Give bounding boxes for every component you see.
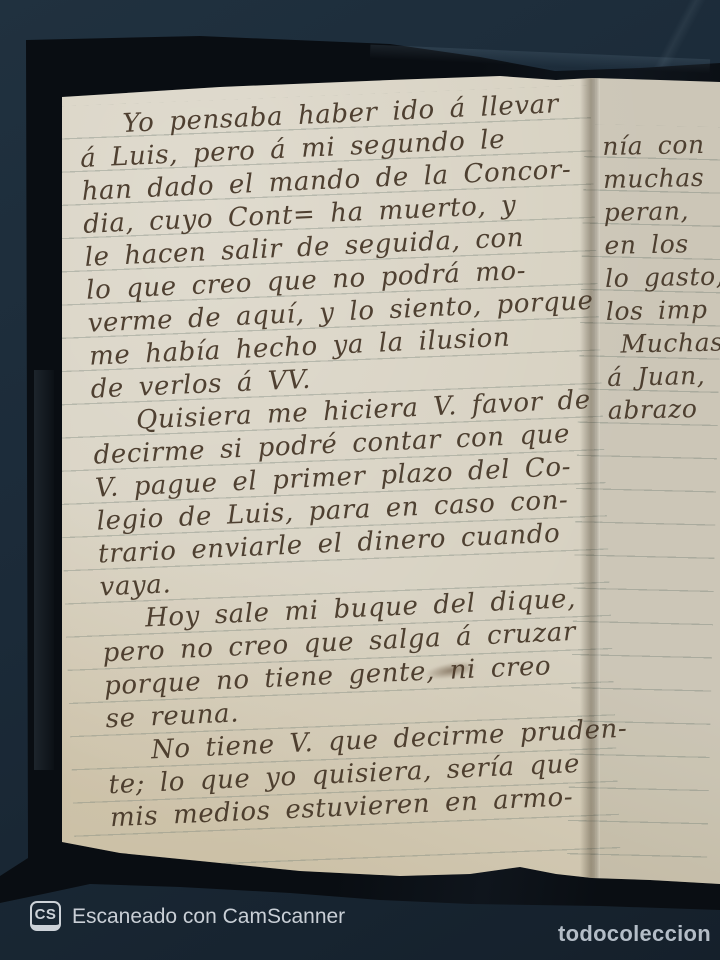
letter-line: muchas bbox=[603, 160, 720, 196]
letter-line: en los bbox=[604, 226, 720, 262]
todocoleccion-watermark: todocoleccion bbox=[558, 921, 711, 947]
letter-line: nía con bbox=[602, 127, 720, 163]
scanned-letter-page: Yo pensaba haber ido á llevar á Luis, pe… bbox=[0, 0, 720, 960]
letter-line: los imp bbox=[605, 292, 720, 328]
handwritten-text-left-page: Yo pensaba haber ido á llevar á Luis, pe… bbox=[78, 87, 626, 836]
letter-line: abrazo bbox=[608, 391, 720, 427]
border-sheen bbox=[34, 370, 54, 770]
camscanner-watermark-text: Escaneado con CamScanner bbox=[72, 903, 345, 931]
letter-line: á Juan, bbox=[607, 358, 720, 394]
letter-line: lo gasto, bbox=[605, 259, 720, 295]
handwritten-text-right-page: nía con muchas peran, en los lo gasto, l… bbox=[602, 127, 720, 427]
scanned-letter-photo: Yo pensaba haber ido á llevar á Luis, pe… bbox=[0, 0, 720, 960]
letter-line: Muchas bbox=[606, 325, 720, 361]
letter-line: peran, bbox=[603, 193, 720, 229]
camscanner-logo-icon: CS bbox=[30, 901, 61, 931]
